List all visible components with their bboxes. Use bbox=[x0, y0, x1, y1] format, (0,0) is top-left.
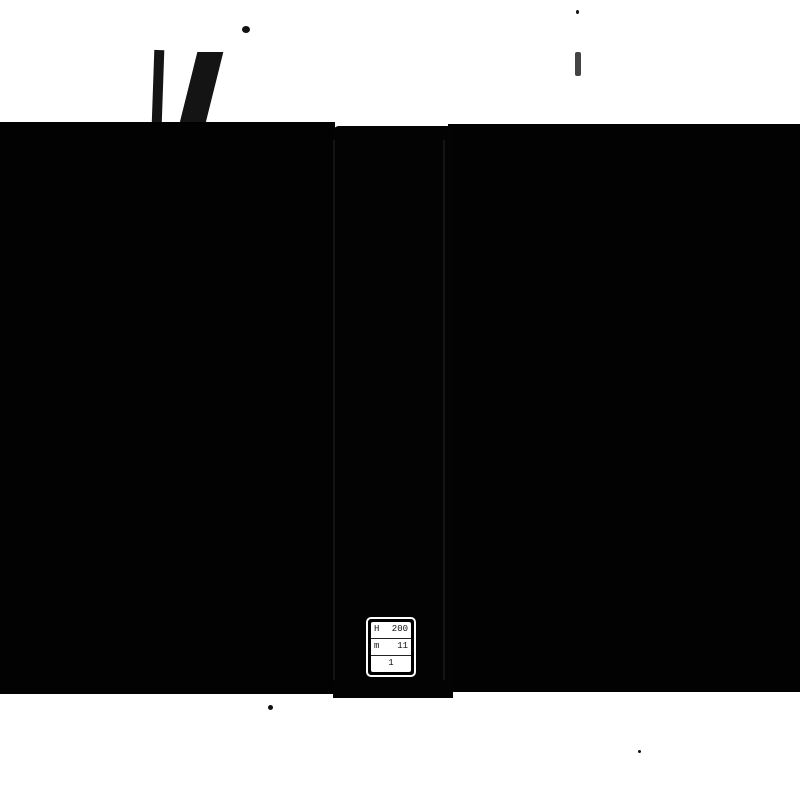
spine-hinge-left bbox=[333, 140, 335, 680]
spine-hinge-right bbox=[443, 140, 445, 680]
dust-speck bbox=[638, 750, 641, 753]
smudge-mark bbox=[575, 52, 581, 76]
book-spine bbox=[333, 126, 453, 698]
dust-speck bbox=[242, 26, 250, 33]
bookmark-ribbon bbox=[152, 50, 165, 125]
front-cover bbox=[448, 124, 800, 692]
label-row: m 11 bbox=[371, 639, 411, 656]
label-class-letter: H bbox=[374, 622, 379, 638]
label-class-number: 200 bbox=[392, 622, 408, 638]
label-row: 1 bbox=[371, 656, 411, 672]
label-volume-number: 1 bbox=[388, 656, 393, 672]
label-cutter-number: 11 bbox=[397, 639, 408, 655]
library-call-number-label: H 200 m 11 1 bbox=[366, 617, 416, 677]
bookmark-ribbon-wide bbox=[179, 52, 224, 127]
back-cover bbox=[0, 122, 335, 694]
label-row: H 200 bbox=[371, 622, 411, 639]
label-cutter-letter: m bbox=[374, 639, 379, 655]
dust-speck bbox=[268, 705, 273, 710]
dust-speck bbox=[576, 10, 579, 14]
